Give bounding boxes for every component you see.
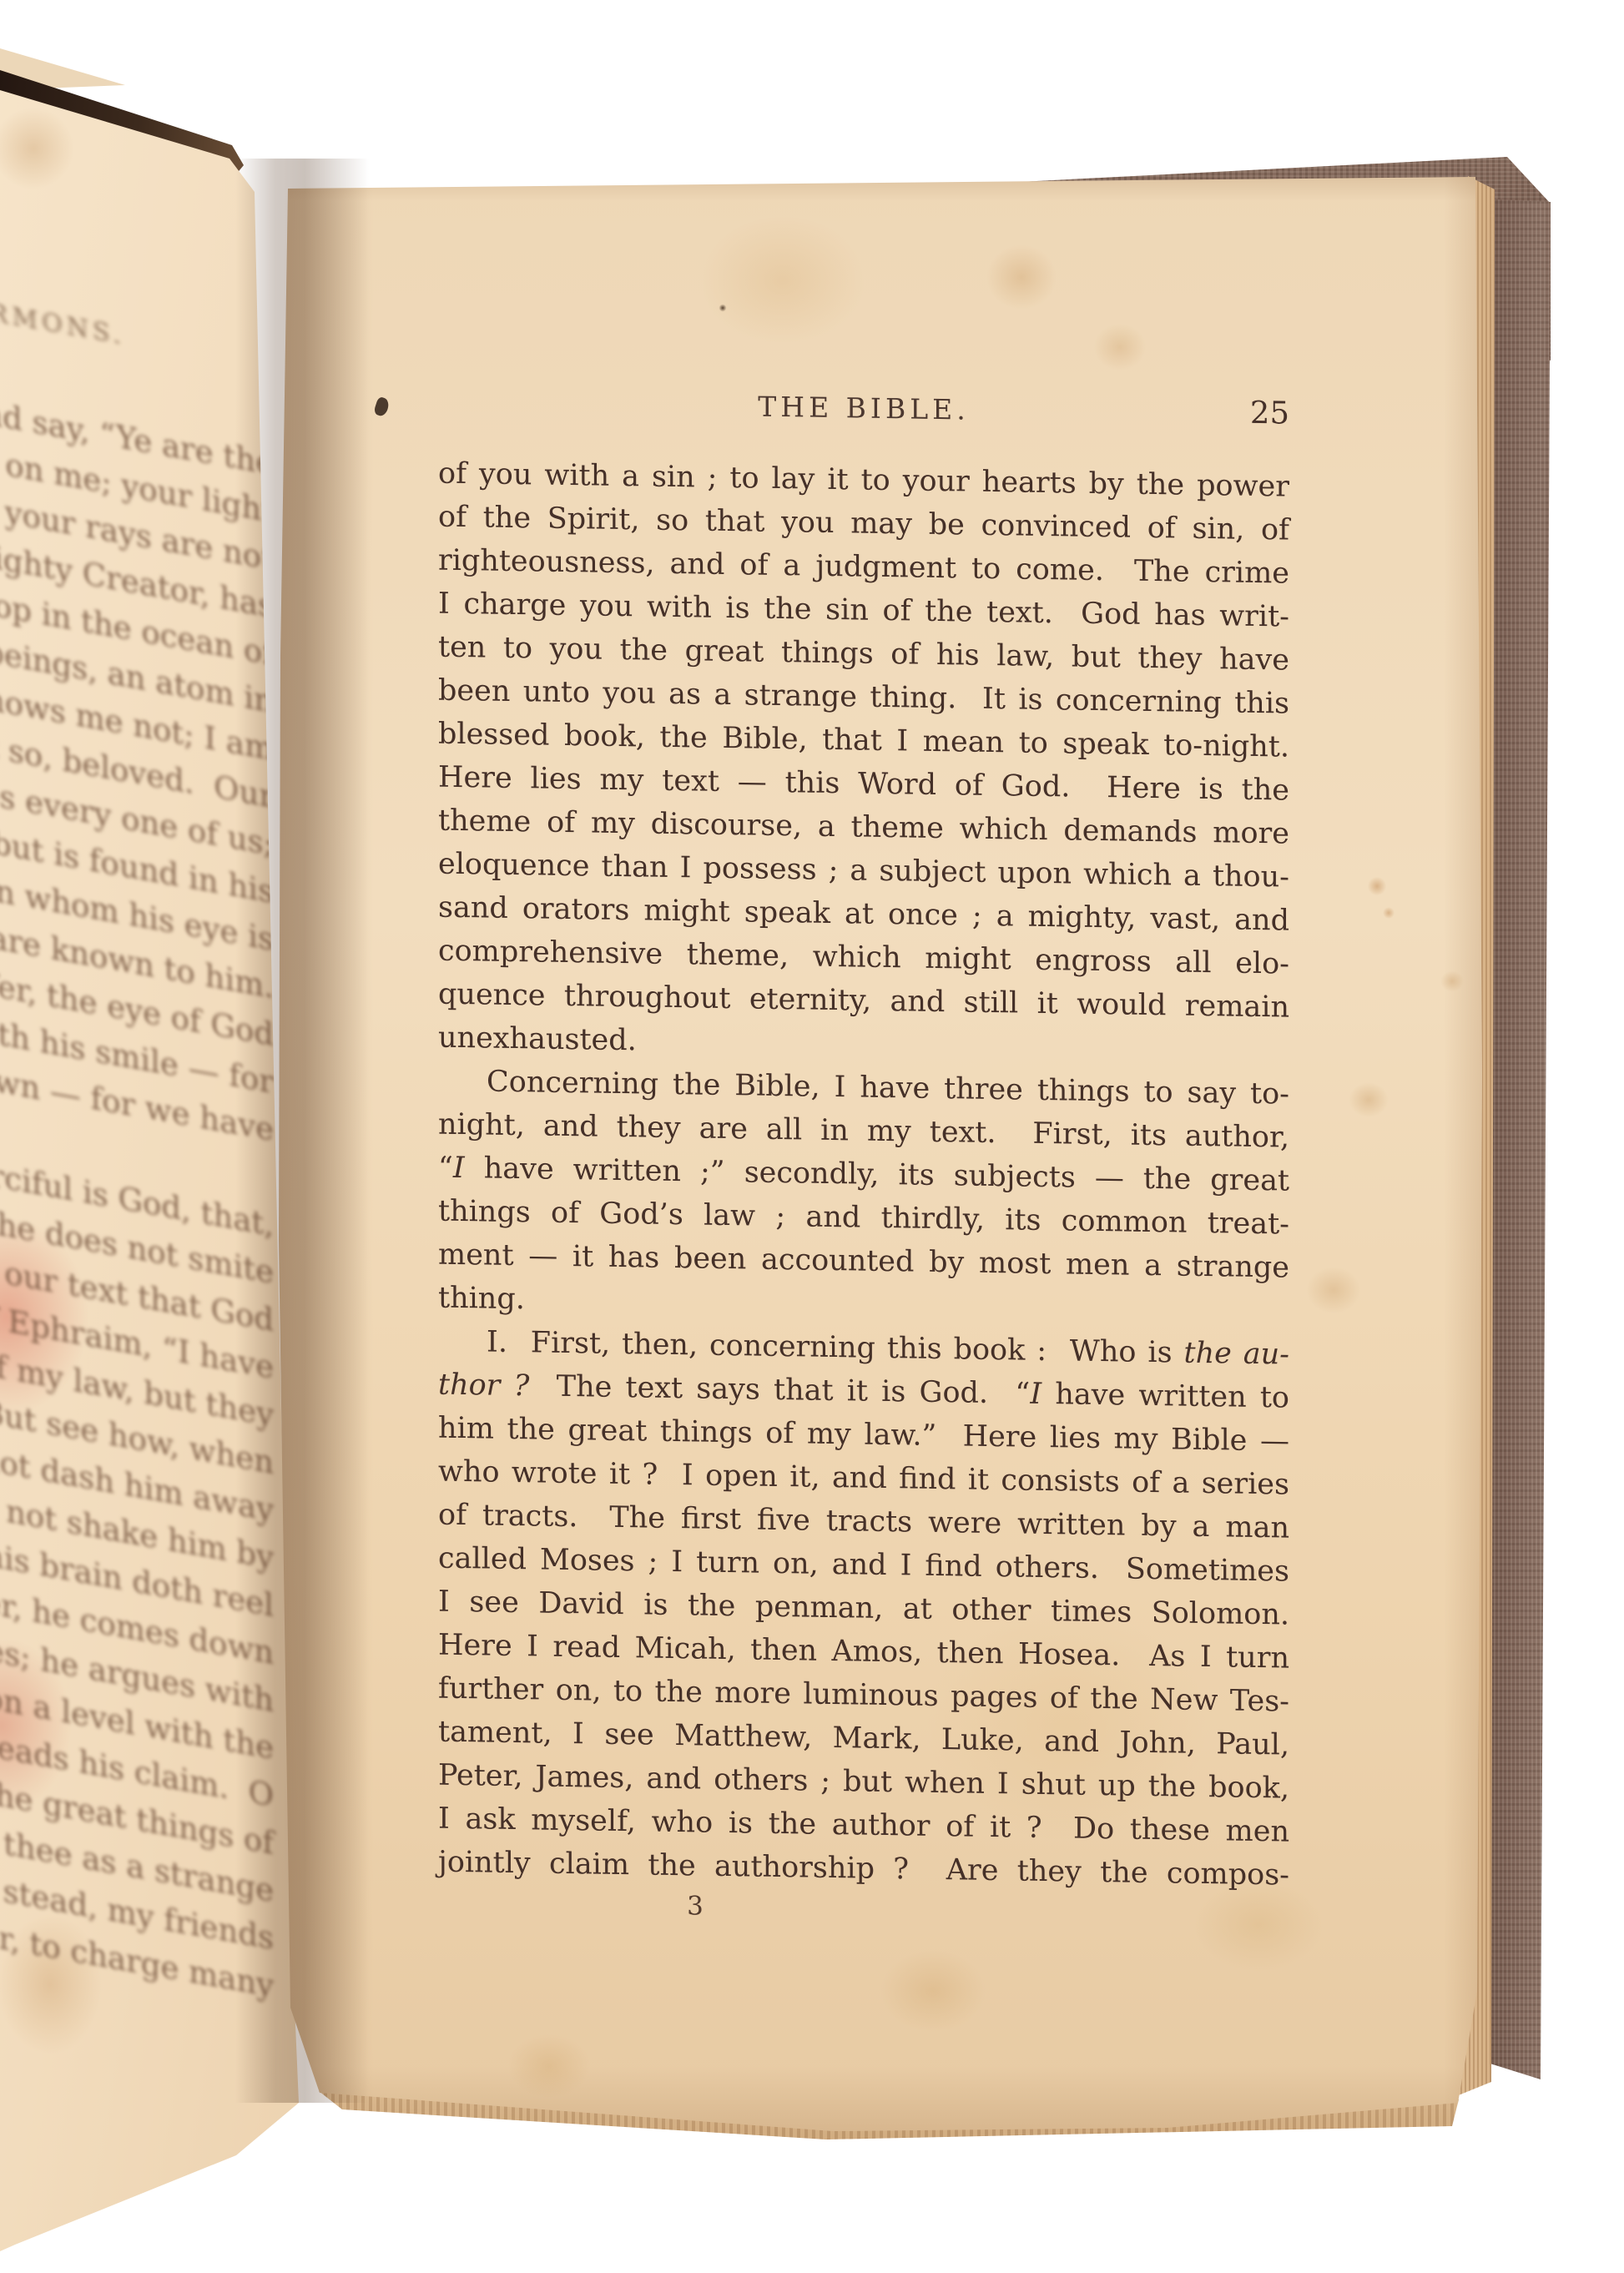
ink-blot (373, 396, 391, 418)
running-title: THE BIBLE. (438, 386, 1289, 431)
signature-mark: 3 (670, 1891, 720, 1922)
scene: SERMONS. the silent stars and say, “Ye a… (0, 0, 1624, 2273)
left-page: SERMONS. the silent stars and say, “Ye a… (0, 48, 317, 2268)
body-text: of you with a sin ; to lay it to your he… (438, 452, 1289, 1898)
page-number: 25 (1250, 395, 1289, 431)
left-running-title: SERMONS. (0, 290, 125, 351)
right-page-content: THE BIBLE. 25 of you with a sin ; to lay… (249, 155, 1502, 2161)
book-photo: { "book": { "description_colors": { "bac… (0, 0, 1624, 2273)
right-page: THE BIBLE. 25 of you with a sin ; to lay… (249, 155, 1502, 2141)
left-page-text: the silent stars and say, “Ye are theye … (0, 286, 274, 2010)
page-header: THE BIBLE. 25 (438, 386, 1289, 437)
